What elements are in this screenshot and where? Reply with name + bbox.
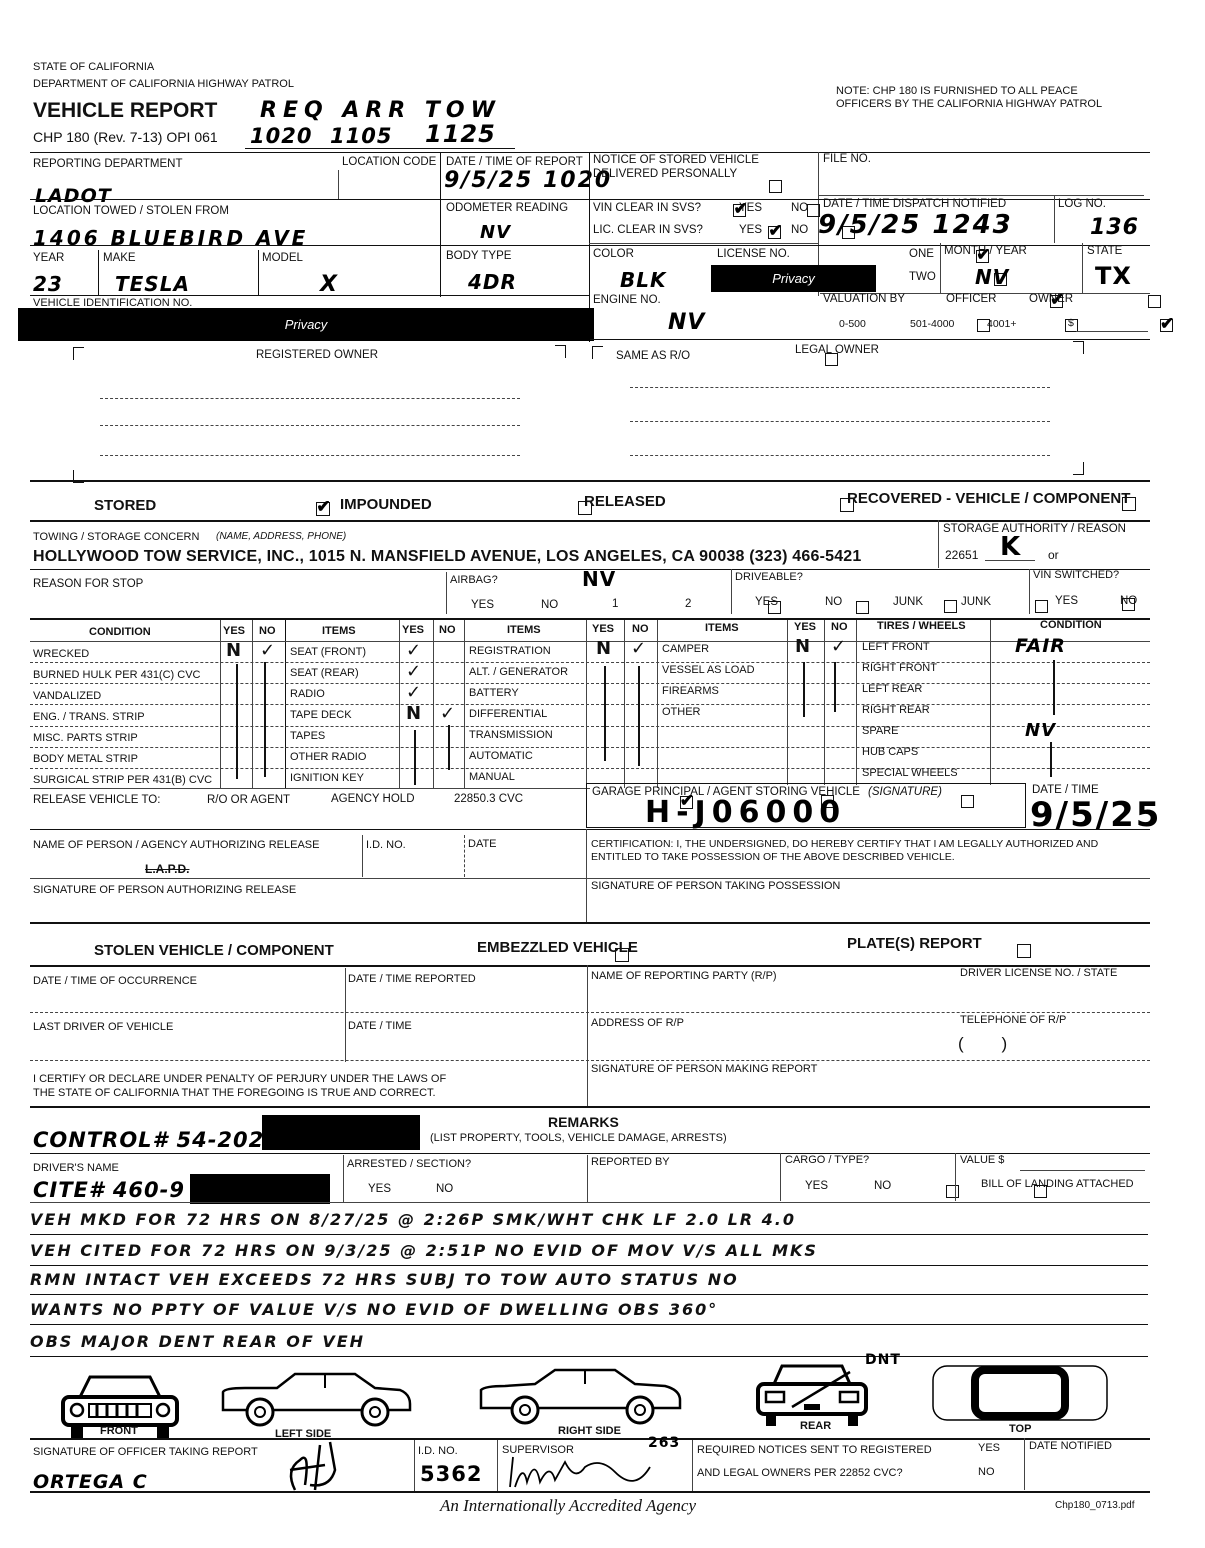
items3-yes-header: YES xyxy=(794,621,816,633)
items1-row-seat-rear: SEAT (REAR) xyxy=(290,667,359,679)
reason-for-stop-label: REASON FOR STOP xyxy=(33,578,143,590)
license-no-redacted: Privacy xyxy=(711,265,876,292)
range-4001-label: 4001+ xyxy=(987,318,1017,330)
items2-header: ITEMS xyxy=(507,624,541,636)
rp-telephone-label: TELEPHONE OF R/P xyxy=(960,1014,1066,1026)
garage-label-hint: (SIGNATURE) xyxy=(868,786,942,798)
month-year-label: MONTH / YEAR xyxy=(944,245,1027,257)
condition-no-header: NO xyxy=(259,625,276,637)
make-label: MAKE xyxy=(103,252,136,264)
year-value[interactable]: 23 xyxy=(33,272,63,296)
airbag-1-label: 1 xyxy=(612,598,618,610)
lic-clear-no-label: NO xyxy=(791,224,808,236)
condition-row-eng-trans-strip: ENG. / TRANS. STRIP xyxy=(33,711,145,723)
airbag-note: NV xyxy=(582,567,616,591)
condition-row-burned-hulk: BURNED HULK per 431(c) CVC xyxy=(33,669,200,681)
plates-report-label: PLATE(S) REPORT xyxy=(847,935,982,952)
items1-row-other-radio: OTHER RADIO xyxy=(290,751,366,763)
notices-yes-label: YES xyxy=(978,1442,1000,1454)
items1-row-tapes: TAPES xyxy=(290,730,325,742)
driveable-no-label: NO xyxy=(825,596,842,608)
state-field-value[interactable]: TX xyxy=(1095,262,1132,290)
items3-no-header: NO xyxy=(831,621,848,633)
odometer-value[interactable]: NV xyxy=(480,222,511,243)
agency-tagline: An Internationally Accredited Agency xyxy=(440,1496,696,1516)
note-line-1: NOTE: CHP 180 IS FURNISHED TO ALL PEACE xyxy=(836,85,1078,97)
storage-reason-value[interactable]: K xyxy=(1000,532,1021,562)
arrested-yes-checkbox[interactable] xyxy=(946,1185,959,1198)
items2-row-transmission: TRANSMISSION xyxy=(469,729,553,741)
car-right-diagram xyxy=(475,1368,685,1430)
driveable-junk1-label: JUNK xyxy=(893,596,923,608)
control-redacted xyxy=(262,1115,420,1150)
tires-row-hub-caps: HUB CAPS xyxy=(862,746,918,758)
items1-no-header: NO xyxy=(439,624,456,636)
dispatch-notified-value[interactable]: 9/5/25 1243 xyxy=(818,210,1013,240)
plates-one-label: ONE xyxy=(909,248,934,260)
bill-of-landing-label: BILL OF LANDING ATTACHED xyxy=(981,1178,1134,1190)
items3-no-mark: ✓ xyxy=(831,636,846,657)
items1-yes-mark-3: N xyxy=(406,703,421,724)
airbag-yes-label: YES xyxy=(471,599,494,611)
items3-row-firearms: FIREARMS xyxy=(662,685,719,697)
handwritten-time-1: 1020 xyxy=(250,124,312,148)
month-year-value[interactable]: NV xyxy=(975,265,1009,289)
driver-name-redacted xyxy=(190,1174,330,1204)
vin-switched-no-label: NO xyxy=(1120,595,1137,607)
embezzled-checkbox[interactable] xyxy=(1017,944,1031,958)
auth-date-label: DATE xyxy=(468,838,497,850)
items3-row-vessel: VESSEL AS LOAD xyxy=(662,664,755,676)
handwritten-time-3: 1125 xyxy=(425,120,496,148)
lic-clear-label: LIC. CLEAR IN SVS? xyxy=(593,224,703,236)
items2-no-mark: ✓ xyxy=(631,638,646,659)
vin-clear-no-label: NO xyxy=(791,202,808,214)
lic-clear-yes-checkbox[interactable] xyxy=(768,226,781,239)
remarks-line-4[interactable]: WANTS NO PPTY OF VALUE V/S NO EVID OF DW… xyxy=(30,1300,1148,1325)
items1-yes-mark-2: ✓ xyxy=(406,682,421,703)
sig-possession-label: SIGNATURE OF PERSON TAKING POSSESSION xyxy=(591,880,840,892)
range-dollar-label: $ xyxy=(1068,317,1074,329)
plates-two-label: TWO xyxy=(909,271,936,283)
rp-name-label: NAME OF REPORTING PARTY (R/P) xyxy=(591,970,777,982)
release-22850-label: 22850.3 CVC xyxy=(454,793,523,805)
items2-yes-mark: N xyxy=(596,638,611,659)
engine-no-value[interactable]: NV xyxy=(668,310,705,335)
condition-row-surgical-strip: SURGICAL STRIP per 431(b) CVC xyxy=(33,774,212,786)
notice-stored-label-1: NOTICE OF STORED VEHICLE xyxy=(593,154,759,166)
tires-header: TIRES / WHEELS xyxy=(877,620,966,632)
towing-label-hint: (NAME, ADDRESS, PHONE) xyxy=(216,531,346,542)
make-value[interactable]: TESLA xyxy=(115,272,190,296)
valuation-owner-checkbox[interactable] xyxy=(1148,295,1161,308)
remarks-title: REMARKS xyxy=(548,1114,619,1130)
body-type-value[interactable]: 4DR xyxy=(468,270,517,294)
body-type-label: BODY TYPE xyxy=(446,250,511,262)
legal-owner-label: LEGAL OWNER xyxy=(795,344,879,356)
release-ro-agent-label: R/O OR AGENT xyxy=(207,794,290,806)
officer-name: ORTEGA C xyxy=(33,1471,148,1493)
odometer-label: ODOMETER READING xyxy=(446,202,568,214)
items3-header: ITEMS xyxy=(705,622,739,634)
range-4001-checkbox[interactable] xyxy=(1160,319,1173,332)
condition-row-vandalized: VANDALIZED xyxy=(33,690,101,702)
airbag-no-checkbox[interactable] xyxy=(856,601,869,614)
engine-no-label: ENGINE NO. xyxy=(593,294,661,306)
reporting-department-value[interactable]: LADOT xyxy=(35,185,112,207)
airbag-1-checkbox[interactable] xyxy=(944,600,957,613)
certify-line-2: THE STATE OF CALIFORNIA THAT THE FOREGOI… xyxy=(33,1087,436,1099)
notices-line-1: REQUIRED NOTICES SENT TO REGISTERED xyxy=(697,1444,932,1456)
items2-no-header: NO xyxy=(632,623,649,635)
drivers-name-label: DRIVER'S NAME xyxy=(33,1162,119,1174)
state-field-label: STATE xyxy=(1087,245,1122,257)
tires-row-left-rear: LEFT REAR xyxy=(862,683,922,695)
items3-row-camper: CAMPER xyxy=(662,643,709,655)
authorizing-name-label: NAME OF PERSON / AGENCY AUTHORIZING RELE… xyxy=(33,839,319,851)
condition-yes-header: YES xyxy=(223,625,245,637)
tires-row-spare: SPARE xyxy=(862,725,898,737)
supervisor-id: 263 xyxy=(648,1435,680,1451)
rear-damage-annotation: DNT xyxy=(865,1352,901,1368)
items1-no-mark-3: ✓ xyxy=(440,703,455,724)
items2-row-battery: BATTERY xyxy=(469,687,519,699)
color-label: COLOR xyxy=(593,248,634,260)
release-agency-hold-label: AGENCY HOLD xyxy=(331,793,415,805)
footer-id-no-label: I.D. NO. xyxy=(418,1445,458,1457)
vin-clear-yes-label: YES xyxy=(739,202,762,214)
officer-signature-scribble-icon xyxy=(280,1440,350,1495)
items1-row-ignition-key: IGNITION KEY xyxy=(290,772,364,784)
value-label: VALUE $ xyxy=(960,1154,1004,1166)
stored-checkbox[interactable] xyxy=(316,502,330,516)
tire-condition-header: CONDITION xyxy=(1040,619,1102,631)
garage-signature-value: H-J06000 xyxy=(645,795,846,830)
tires-row-right-front: RIGHT FRONT xyxy=(862,662,937,674)
storage-authority-label: STORAGE AUTHORITY / REASON xyxy=(943,523,1126,535)
valuation-owner-label: OWNER xyxy=(1029,293,1073,305)
towing-concern-value[interactable]: HOLLYWOOD TOW SERVICE, INC., 1015 N. MAN… xyxy=(33,548,862,566)
notice-stored-label-2: DELIVERED PERSONALLY xyxy=(593,168,737,180)
reported-by-label: REPORTED BY xyxy=(591,1156,670,1168)
car-front-caption: FRONT xyxy=(100,1425,138,1437)
vin-switched-label: VIN SWITCHED? xyxy=(1033,569,1119,581)
authorizing-name-value[interactable]: L.A.P.D. xyxy=(145,862,189,876)
model-value[interactable]: X xyxy=(320,272,338,297)
condition-header: CONDITION xyxy=(89,626,151,638)
driver-license-label: DRIVER LICENSE NO. / STATE xyxy=(960,967,1117,979)
tires-row-special-wheels: SPECIAL WHEELS xyxy=(862,767,958,779)
log-no-value[interactable]: 136 xyxy=(1090,215,1139,240)
location-towed-value[interactable]: 1406 BLUEBIRD AVE xyxy=(33,226,308,250)
department-label: DEPARTMENT OF CALIFORNIA HIGHWAY PATROL xyxy=(33,78,294,90)
sig-authorizing-label: SIGNATURE OF PERSON AUTHORIZING RELEASE xyxy=(33,884,296,896)
airbag-label: AIRBAG? xyxy=(450,574,498,586)
tires-row-left-front: LEFT FRONT xyxy=(862,641,930,653)
items1-yes-header: YES xyxy=(402,624,424,636)
vin-clear-label: VIN CLEAR IN SVS? xyxy=(593,202,701,214)
cargo-label: CARGO / TYPE? xyxy=(785,1154,869,1166)
car-right-caption: RIGHT SIDE xyxy=(558,1425,621,1437)
condition-row-body-metal: BODY METAL STRIP xyxy=(33,753,138,765)
reporting-department-label: REPORTING DEPARTMENT xyxy=(33,158,183,170)
airbag-no-label: NO xyxy=(541,599,558,611)
car-left-diagram xyxy=(215,1372,415,1432)
valuation-label: VALUATION BY xyxy=(823,293,905,305)
released-label: RELEASED xyxy=(584,493,666,510)
tire-condition-left-front[interactable]: FAIR xyxy=(1015,635,1066,657)
remarks-line-5[interactable]: OBS MAJOR DENT REAR OF VEH xyxy=(30,1332,1148,1357)
condition-no-mark: ✓ xyxy=(260,640,275,661)
certification-text: CERTIFICATION: I, THE UNDERSIGNED, DO HE… xyxy=(591,838,1121,864)
valuation-officer-label: OFFICER xyxy=(946,293,996,305)
tires-row-right-rear: RIGHT REAR xyxy=(862,704,930,716)
items1-yes-mark-0: ✓ xyxy=(406,640,421,661)
impounded-label: IMPOUNDED xyxy=(340,496,432,513)
notices-line-2: AND LEGAL OWNERS PER 22852 CVC? xyxy=(697,1467,903,1479)
rp-telephone-field[interactable]: ( ) xyxy=(958,1034,1007,1054)
items3-row-other: OTHER xyxy=(662,706,701,718)
tire-condition-spare[interactable]: NV xyxy=(1025,720,1056,741)
occurrence-label: DATE / TIME OF OCCURRENCE xyxy=(33,975,197,987)
items3-yes-mark: N xyxy=(795,636,810,657)
handwritten-time-2: 1105 xyxy=(330,124,392,148)
cite-number-note: CITE# 460-9 xyxy=(33,1178,185,1202)
vin-redacted: Privacy xyxy=(18,308,594,341)
vin-switched-yes-label: YES xyxy=(1055,595,1078,607)
car-top-caption: TOP xyxy=(1009,1423,1031,1435)
footer-id-no-value: 5362 xyxy=(420,1462,482,1486)
items2-row-manual: MANUAL xyxy=(469,771,515,783)
car-top-icon xyxy=(930,1363,1110,1423)
stolen-label: STOLEN VEHICLE / COMPONENT xyxy=(94,942,334,959)
auth-id-no-label: I.D. NO. xyxy=(366,839,406,851)
dispatch-notified-label: DATE / TIME DISPATCH NOTIFIED xyxy=(823,198,1006,210)
location-code-label: LOCATION CODE xyxy=(342,156,436,168)
date-time-report-value[interactable]: 9/5/25 1020 xyxy=(444,168,612,193)
airbag-2-label: 2 xyxy=(685,598,691,610)
recovered-label: RECOVERED - VEHICLE / COMPONENT xyxy=(847,490,1130,507)
location-towed-label: LOCATION TOWED / STOLEN FROM xyxy=(33,205,229,217)
items2-row-differential: DIFFERENTIAL xyxy=(469,708,547,720)
car-top-diagram xyxy=(930,1363,1110,1423)
license-no-label: LICENSE NO. xyxy=(717,248,790,260)
driveable-junk2-label: JUNK xyxy=(961,596,991,608)
date-time-reported-label: DATE / TIME REPORTED xyxy=(348,973,476,985)
state-label: STATE OF CALIFORNIA xyxy=(33,61,154,73)
items2-row-automatic: AUTOMATIC xyxy=(469,750,533,762)
condition-row-misc-parts: MISC. PARTS STRIP xyxy=(33,732,138,744)
items1-row-seat-front: SEAT (FRONT) xyxy=(290,646,366,658)
arrested-label: ARRESTED / SECTION? xyxy=(347,1158,471,1170)
airbag-2-checkbox[interactable] xyxy=(1035,600,1048,613)
items2-row-registration: REGISTRATION xyxy=(469,645,551,657)
log-no-label: LOG NO. xyxy=(1058,198,1106,210)
sig-report-label: SIGNATURE OF PERSON MAKING REPORT xyxy=(591,1063,817,1075)
condition-yes-mark: N xyxy=(226,640,241,661)
items1-row-tape-deck: TAPE DECK xyxy=(290,709,352,721)
driveable-label: DRIVEABLE? xyxy=(735,571,803,583)
page-title: VEHICLE REPORT xyxy=(33,99,217,123)
towing-label: TOWING / STORAGE CONCERN xyxy=(33,531,199,543)
cargo-no-label: NO xyxy=(874,1180,891,1192)
date-time-report-label: DATE / TIME OF REPORT xyxy=(446,156,583,168)
embezzled-label: EMBEZZLED VEHICLE xyxy=(477,939,638,956)
items1-yes-mark-1: ✓ xyxy=(406,661,421,682)
items2-yes-header: YES xyxy=(592,623,614,635)
range-501-4000-label: 501-4000 xyxy=(910,318,954,330)
officer-sig-label: SIGNATURE OF OFFICER TAKING REPORT xyxy=(33,1446,258,1458)
year-label: YEAR xyxy=(33,252,64,264)
color-value[interactable]: BLK xyxy=(620,268,667,292)
items1-row-radio: RADIO xyxy=(290,688,325,700)
driveable-yes-label: YES xyxy=(755,596,778,608)
storage-or-label: or xyxy=(1048,548,1059,562)
storage-code: 22651 xyxy=(945,548,978,562)
car-left-side-icon xyxy=(215,1372,415,1432)
model-label: MODEL xyxy=(262,252,303,264)
condition-row-wrecked: WRECKED xyxy=(33,648,89,660)
control-number-note: CONTROL# 54-2025 xyxy=(33,1128,280,1152)
car-right-side-icon xyxy=(475,1368,685,1430)
lic-clear-yes-label: YES xyxy=(739,224,762,236)
release-to-label: RELEASE VEHICLE TO: xyxy=(33,794,160,806)
arrested-no-label: NO xyxy=(436,1183,453,1195)
supervisor-signature-scribble-icon xyxy=(505,1452,655,1492)
stored-label: STORED xyxy=(94,497,156,514)
remarks-line-1[interactable]: VEH MKD FOR 72 HRS ON 8/27/25 @ 2:26P SM… xyxy=(30,1210,1148,1235)
form-number: CHP 180 (Rev. 7-13) OPI 061 xyxy=(33,129,218,145)
note-line-2: OFFICERS BY THE CALIFORNIA HIGHWAY PATRO… xyxy=(836,98,1102,110)
remarks-line-2[interactable]: VEH CITED FOR 72 HRS ON 9/3/25 @ 2:51P N… xyxy=(30,1241,1148,1266)
rp-address-label: ADDRESS OF R/P xyxy=(591,1017,684,1029)
notice-stored-checkbox[interactable] xyxy=(769,180,782,193)
remarks-subtitle: (LIST PROPERTY, TOOLS, VEHICLE DAMAGE, A… xyxy=(430,1132,727,1144)
arrested-yes-label: YES xyxy=(368,1183,391,1195)
remarks-line-3[interactable]: RMN INTACT VEH EXCEEDS 72 HRS SUBJ TO TO… xyxy=(30,1270,1148,1295)
registered-owner-label: REGISTERED OWNER xyxy=(256,349,378,361)
range-0-500-label: 0-500 xyxy=(839,318,866,330)
date-time-label: DATE / TIME xyxy=(348,1020,412,1032)
date-notified-label: DATE NOTIFIED xyxy=(1029,1440,1112,1452)
last-driver-label: LAST DRIVER OF VEHICLE xyxy=(33,1021,173,1033)
notices-no-label: NO xyxy=(978,1466,995,1478)
cargo-yes-label: YES xyxy=(805,1180,828,1192)
items2-row-alt-generator: ALT. / GENERATOR xyxy=(469,666,568,678)
file-no-label: FILE NO. xyxy=(823,153,871,165)
items1-header: ITEMS xyxy=(322,625,356,637)
car-rear-caption: REAR xyxy=(800,1420,831,1432)
file-name: Chp180_0713.pdf xyxy=(1055,1500,1135,1511)
same-as-ro-label: SAME AS R/O xyxy=(616,350,690,362)
certify-line-1: I CERTIFY OR DECLARE UNDER PENALTY OF PE… xyxy=(33,1073,446,1085)
